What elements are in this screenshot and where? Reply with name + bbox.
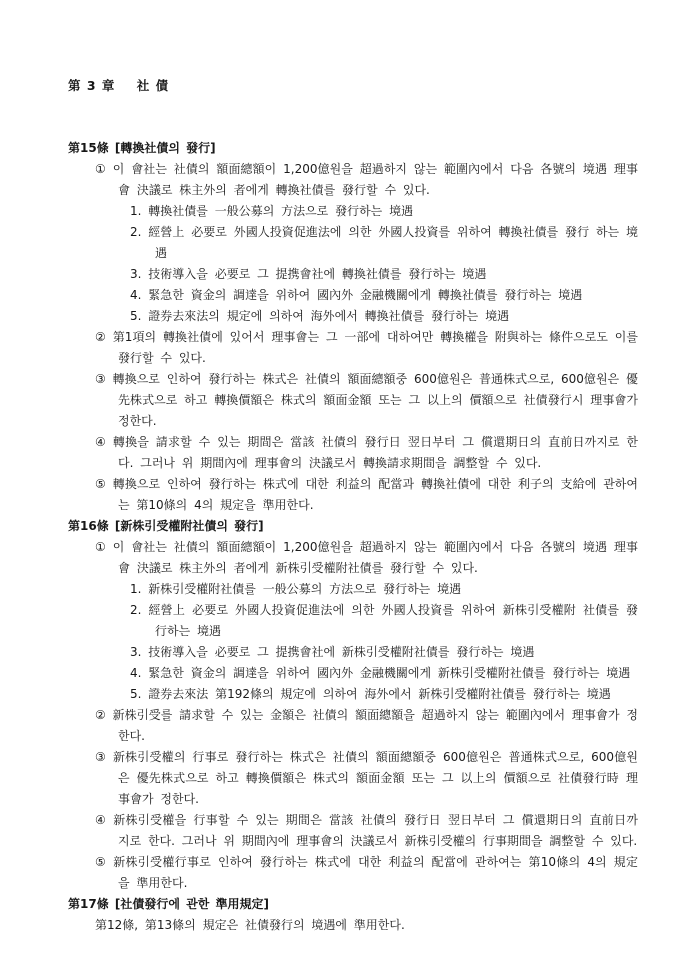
- subitem: 2. 經營上 必要로 外國人投資促進法에 의한 外國人投資를 위하여 新株引受權…: [68, 600, 638, 642]
- article: 第16條 [新株引受權附社債의 發行]① 이 會社는 社債의 額面總額이 1,2…: [68, 516, 638, 894]
- clause-marker: ⑤: [95, 855, 106, 869]
- subitem: 1. 新株引受權附社債를 一般公募의 方法으로 發行하는 境遇: [68, 579, 638, 600]
- subitem-marker: 5.: [130, 687, 141, 701]
- clause-text: 이 會社는 社債의 額面總額이 1,200億원을 超過하지 않는 範圍內에서 다…: [113, 162, 638, 197]
- article: 第17條 [社債發行에 관한 準用規定]第12條, 第13條의 規定은 社債發行…: [68, 894, 638, 936]
- subitem: 5. 證券去來法 第192條의 規定에 의하여 海外에서 新株引受權附社債를 發…: [68, 684, 638, 705]
- clause-marker: ②: [95, 708, 106, 722]
- clause-marker: ②: [95, 330, 106, 344]
- subitem-text: 新株引受權附社債를 一般公募의 方法으로 發行하는 境遇: [148, 582, 461, 596]
- clause-text: 新株引受權行事로 인하여 發行하는 株式에 대한 利益의 配當에 관하여는 第1…: [113, 855, 638, 890]
- clause: ⑤ 轉換으로 인하여 發行하는 株式에 대한 利益의 配當과 轉換社債에 대한 …: [68, 474, 638, 516]
- document-page: 第 3 章 社 債 第15條 [轉換社債의 發行]① 이 會社는 社債의 額面總…: [0, 0, 680, 962]
- subitem-text: 緊急한 資金의 調達을 위하여 國內外 金融機關에게 轉換社債를 發行하는 境遇: [148, 288, 582, 302]
- clause: ② 第1項의 轉換社債에 있어서 理事會는 그 一部에 대하여만 轉換權을 附與…: [68, 327, 638, 369]
- clause-text: 轉換을 請求할 수 있는 期間은 當該 社債의 發行日 翌日부터 그 償還期日의…: [113, 435, 638, 470]
- clause: ⑤ 新株引受權行事로 인하여 發行하는 株式에 대한 利益의 配當에 관하여는 …: [68, 852, 638, 894]
- clause-text: 轉換으로 인하여 發行하는 株式은 社債의 額面總額중 600億원은 普通株式으…: [113, 372, 638, 428]
- subitem: 4. 緊急한 資金의 調達을 위하여 國內外 金融機關에게 轉換社債를 發行하는…: [68, 285, 638, 306]
- subitem-text: 證券去來法 第192條의 規定에 의하여 海外에서 新株引受權附社債를 發行하는…: [148, 687, 611, 701]
- clause: ③ 新株引受權의 行事로 發行하는 株式은 社債의 額面總額중 600億원은 普…: [68, 747, 638, 810]
- subitem-marker: 3.: [130, 267, 141, 281]
- clause-marker: ③: [95, 750, 106, 764]
- clause-marker: ①: [95, 162, 106, 176]
- article-title: 第17條 [社債發行에 관한 準用規定]: [68, 894, 638, 915]
- subitem: 5. 證券去來法의 規定에 의하여 海外에서 轉換社債를 發行하는 境遇: [68, 306, 638, 327]
- clause: ① 이 會社는 社債의 額面總額이 1,200億원을 超過하지 않는 範圍內에서…: [68, 159, 638, 201]
- clause-text: 轉換으로 인하여 發行하는 株式에 대한 利益의 配當과 轉換社債에 대한 利子…: [113, 477, 638, 512]
- clause-marker: ⑤: [95, 477, 106, 491]
- clause: ③ 轉換으로 인하여 發行하는 株式은 社債의 額面總額중 600億원은 普通株…: [68, 369, 638, 432]
- subitem-marker: 4.: [130, 288, 141, 302]
- subitem: 2. 經營上 必要로 外國人投資促進法에 의한 外國人投資를 위하여 轉換社債를…: [68, 222, 638, 264]
- subitem-marker: 1.: [130, 582, 141, 596]
- subitem-text: 經營上 必要로 外國人投資促進法에 의한 外國人投資를 위하여 轉換社債를 發行…: [148, 225, 638, 260]
- article-body: 第12條, 第13條의 規定은 社債發行의 境遇에 準用한다.: [68, 915, 638, 936]
- clause: ② 新株引受를 請求할 수 있는 金額은 社債의 額面總額을 超過하지 않는 範…: [68, 705, 638, 747]
- subitem-marker: 2.: [130, 225, 141, 239]
- chapter-heading: 第 3 章 社 債: [68, 75, 638, 96]
- clause-marker: ④: [95, 435, 106, 449]
- subitem: 4. 緊急한 資金의 調達을 위하여 國內外 金融機關에게 新株引受權附社債를 …: [68, 663, 638, 684]
- article-title: 第16條 [新株引受權附社債의 發行]: [68, 516, 638, 537]
- clause-text: 이 會社는 社債의 額面總額이 1,200億원을 超過하지 않는 範圍內에서 다…: [113, 540, 638, 575]
- clause-text: 新株引受權의 行事로 發行하는 株式은 社債의 額面總額중 600億원은 普通株…: [113, 750, 638, 806]
- clause-marker: ④: [95, 813, 106, 827]
- subitem-text: 轉換社債를 一般公募의 方法으로 發行하는 境遇: [148, 204, 413, 218]
- subitem-text: 緊急한 資金의 調達을 위하여 國內外 金融機關에게 新株引受權附社債를 發行하…: [148, 666, 630, 680]
- article-title: 第15條 [轉換社債의 發行]: [68, 138, 638, 159]
- clause-text: 新株引受를 請求할 수 있는 金額은 社債의 額面總額을 超過하지 않는 範圍內…: [113, 708, 638, 743]
- clause-marker: ①: [95, 540, 106, 554]
- article: 第15條 [轉換社債의 發行]① 이 會社는 社債의 額面總額이 1,200億원…: [68, 138, 638, 516]
- clause: ④ 轉換을 請求할 수 있는 期間은 當該 社債의 發行日 翌日부터 그 償還期…: [68, 432, 638, 474]
- articles-section: 第15條 [轉換社債의 發行]① 이 會社는 社債의 額面總額이 1,200億원…: [68, 138, 638, 936]
- subitem: 3. 技術導入을 必要로 그 提携會社에 轉換社債를 發行하는 境遇: [68, 264, 638, 285]
- clause-text: 新株引受權을 行事할 수 있는 期間은 當該 社債의 發行日 翌日부터 그 償還…: [113, 813, 638, 848]
- subitem-marker: 1.: [130, 204, 141, 218]
- subitem-text: 技術導入을 必要로 그 提携會社에 新株引受權附社債를 發行하는 境遇: [148, 645, 534, 659]
- subitem-text: 證券去來法의 規定에 의하여 海外에서 轉換社債를 發行하는 境遇: [148, 309, 509, 323]
- subitem-text: 技術導入을 必要로 그 提携會社에 轉換社債를 發行하는 境遇: [148, 267, 486, 281]
- subitem: 3. 技術導入을 必要로 그 提携會社에 新株引受權附社債를 發行하는 境遇: [68, 642, 638, 663]
- clause-text: 第1項의 轉換社債에 있어서 理事會는 그 一部에 대하여만 轉換權을 附與하는…: [113, 330, 638, 365]
- subitem: 1. 轉換社債를 一般公募의 方法으로 發行하는 境遇: [68, 201, 638, 222]
- subitem-text: 經營上 必要로 外國人投資促進法에 의한 外國人投資를 위하여 新株引受權附 社…: [148, 603, 638, 638]
- clause: ④ 新株引受權을 行事할 수 있는 期間은 當該 社債의 發行日 翌日부터 그 …: [68, 810, 638, 852]
- subitem-marker: 2.: [130, 603, 141, 617]
- subitem-marker: 3.: [130, 645, 141, 659]
- subitem-marker: 4.: [130, 666, 141, 680]
- subitem-marker: 5.: [130, 309, 141, 323]
- clause: ① 이 會社는 社債의 額面總額이 1,200億원을 超過하지 않는 範圍內에서…: [68, 537, 638, 579]
- clause-marker: ③: [95, 372, 106, 386]
